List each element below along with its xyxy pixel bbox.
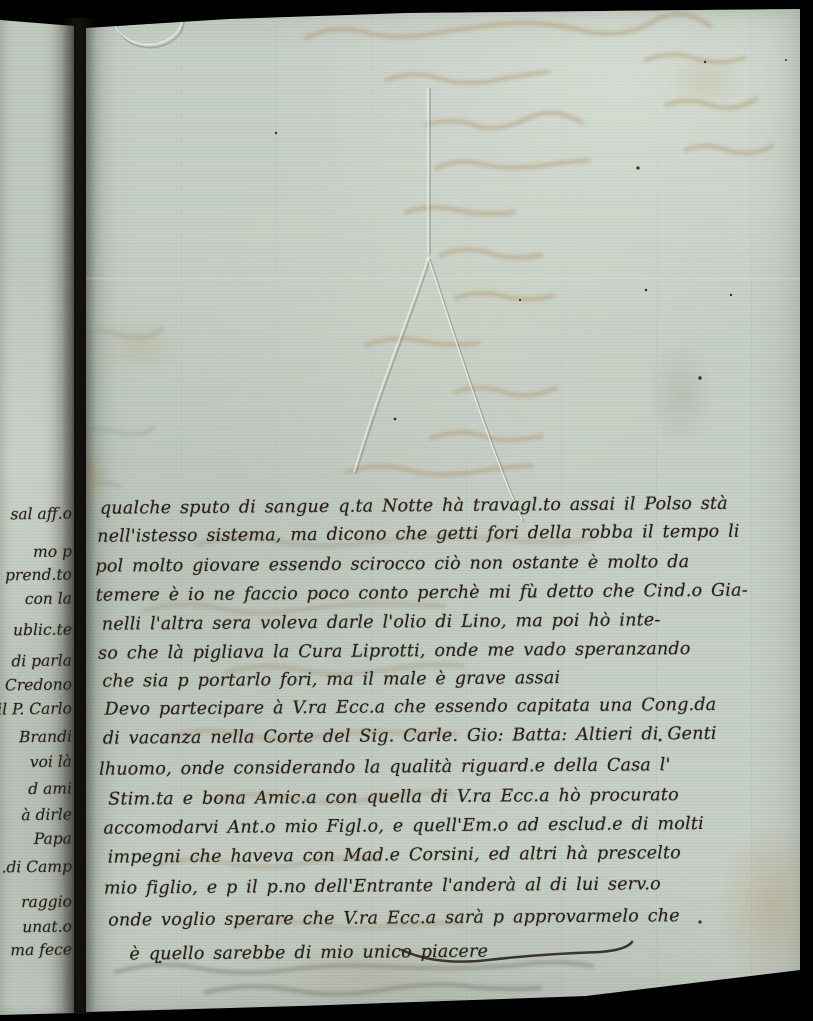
margin-fragment-line: raggio: [0, 892, 72, 917]
handwritten-line: mio figlio, e p il p.no dell'Entrante l'…: [104, 874, 661, 898]
handwritten-line: nelli l'altra sera voleva darle l'olio d…: [102, 610, 661, 634]
margin-fragment-line: à dirle: [0, 805, 72, 830]
margin-fragment-line: Brandi: [0, 727, 72, 752]
margin-fragment-line: con la: [0, 589, 72, 614]
margin-fragment-line: voi là: [0, 752, 72, 777]
pen-flourish: [398, 938, 638, 968]
margin-fragment-line: unat.o: [0, 917, 72, 942]
handwritten-line: nell'istesso sistema, ma dicono che gett…: [97, 522, 740, 547]
handwritten-line: pol molto giovare essendo scirocco ciò n…: [95, 552, 689, 577]
handwritten-line: Devo partecipare à V.ra Ecc.a che essend…: [104, 695, 716, 720]
handwritten-line: temere è io ne faccio poco conto perchè …: [96, 581, 748, 606]
handwritten-line: lhuomo, onde considerando la qualità rig…: [99, 755, 671, 779]
handwritten-line: impegni che haveva con Mad.e Corsini, ed…: [108, 843, 681, 868]
handwritten-line: qualche sputo di sangue q.ta Notte hà tr…: [100, 494, 728, 519]
margin-fragment-line: Credono: [0, 675, 72, 700]
handwritten-line: Stim.ta e bona Amic.a con quella di V.ra…: [108, 785, 679, 809]
handwritten-line: che sia p portarlo fori, ma il male è gr…: [102, 668, 560, 692]
handwritten-line: so che là pigliava la Cura Liprotti, ond…: [98, 639, 691, 664]
margin-fragment-line: il P. Carlo: [0, 699, 72, 724]
margin-fragment-line: Papa: [0, 829, 72, 854]
handwritten-line: di vacanza nella Corte del Sig. Carle. G…: [103, 724, 717, 749]
letter-body-text: qualche sputo di sangue q.ta Notte hà tr…: [82, 0, 804, 1021]
handwritten-line: accomodarvi Ant.o mio Figl.o, e quell'Em…: [103, 814, 704, 839]
margin-fragment-line: di parla: [0, 651, 72, 676]
manuscript-scan: sal aff.o mo p prend.to con la ublic.te …: [0, 0, 813, 1021]
margin-fragment-line: prend.to: [0, 565, 72, 590]
margin-fragment-line: ma fece: [0, 940, 72, 965]
margin-fragment-line: di Camp.: [0, 857, 72, 882]
margin-fragment-line: mo p: [0, 542, 72, 567]
margin-fragment-line: sal aff.o: [0, 504, 72, 529]
facing-page-edge: sal aff.o mo p prend.to con la ublic.te …: [0, 0, 74, 1021]
margin-fragment-line: ublic.te: [0, 620, 72, 645]
margin-fragment-line: d ami: [0, 779, 72, 804]
letter-page: qualche sputo di sangue q.ta Notte hà tr…: [86, 0, 800, 1021]
handwritten-line: onde voglio sperare che V.ra Ecc.a sarà …: [108, 906, 680, 930]
